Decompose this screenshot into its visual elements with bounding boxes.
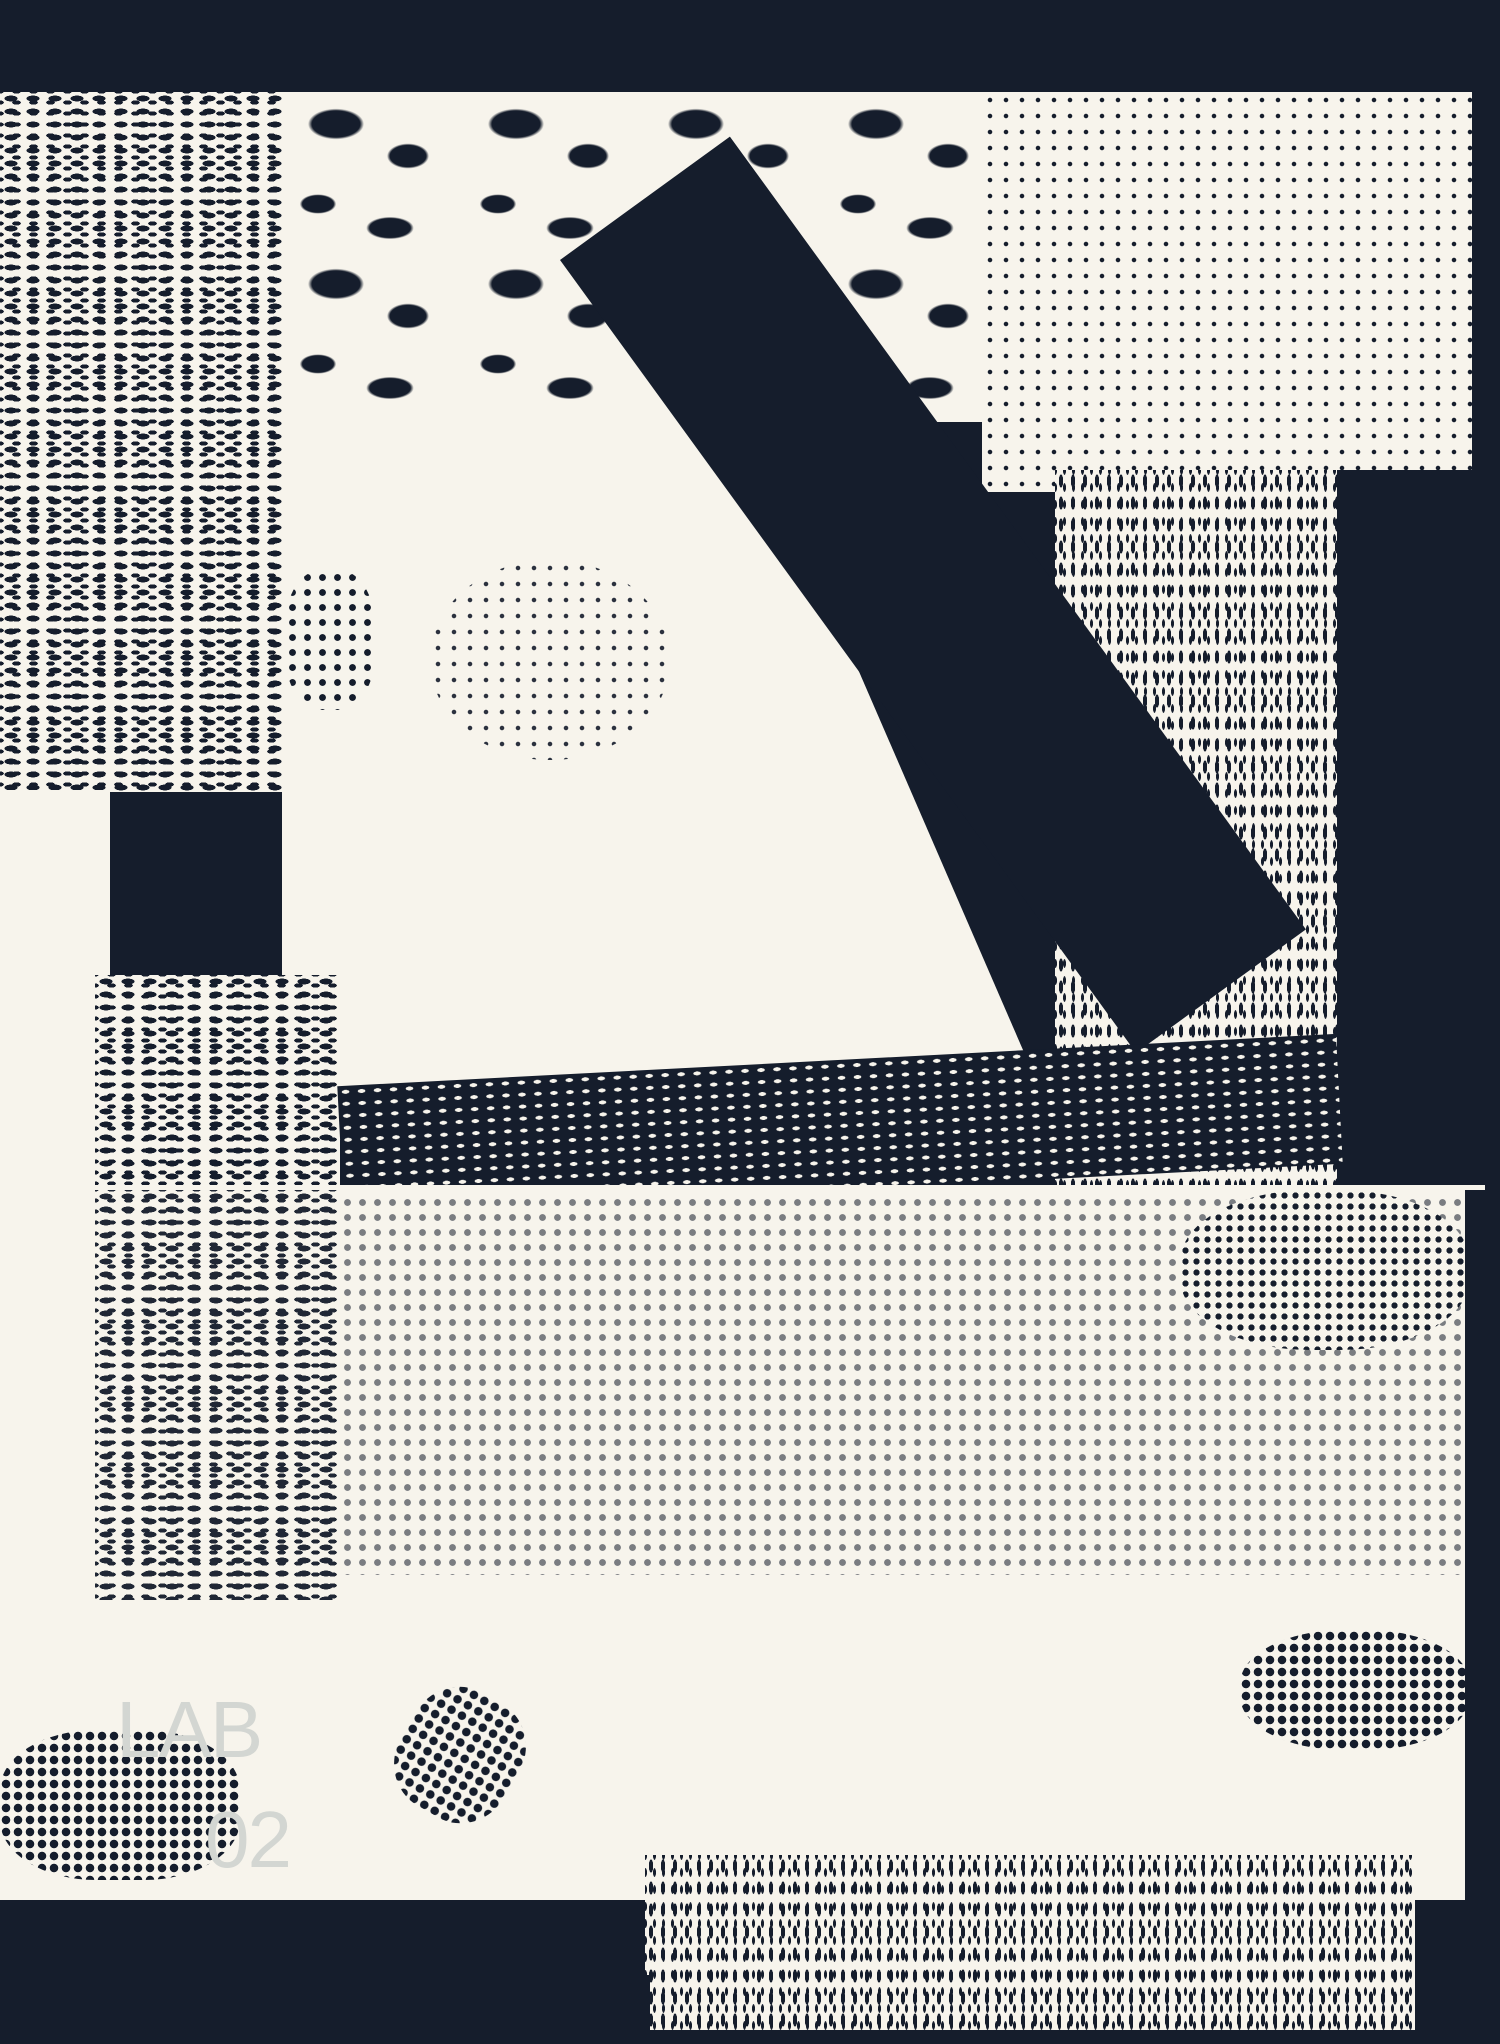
halftone-cluster-left [285,570,375,710]
navy-bar-bottom-right [1465,1190,1500,2044]
halftone-blob-right-lower [1240,1630,1470,1750]
texture-panel-bottom [645,1855,1415,2035]
artwork-canvas: LAB 02 [0,0,1500,2044]
halftone-blob-right [1180,1190,1470,1350]
halftone-cluster-center [430,560,670,760]
texture-panel-left-upper [0,92,285,792]
cream-strip-left [0,790,110,1190]
title-line-1: LAB [116,1690,261,1770]
navy-band-bottom [0,2030,1500,2044]
halftone-panel-top-right [982,92,1472,492]
texture-panel-left-mid [95,1190,340,1600]
title-line-2: 02 [205,1800,290,1880]
navy-bar-right [1335,470,1500,1190]
